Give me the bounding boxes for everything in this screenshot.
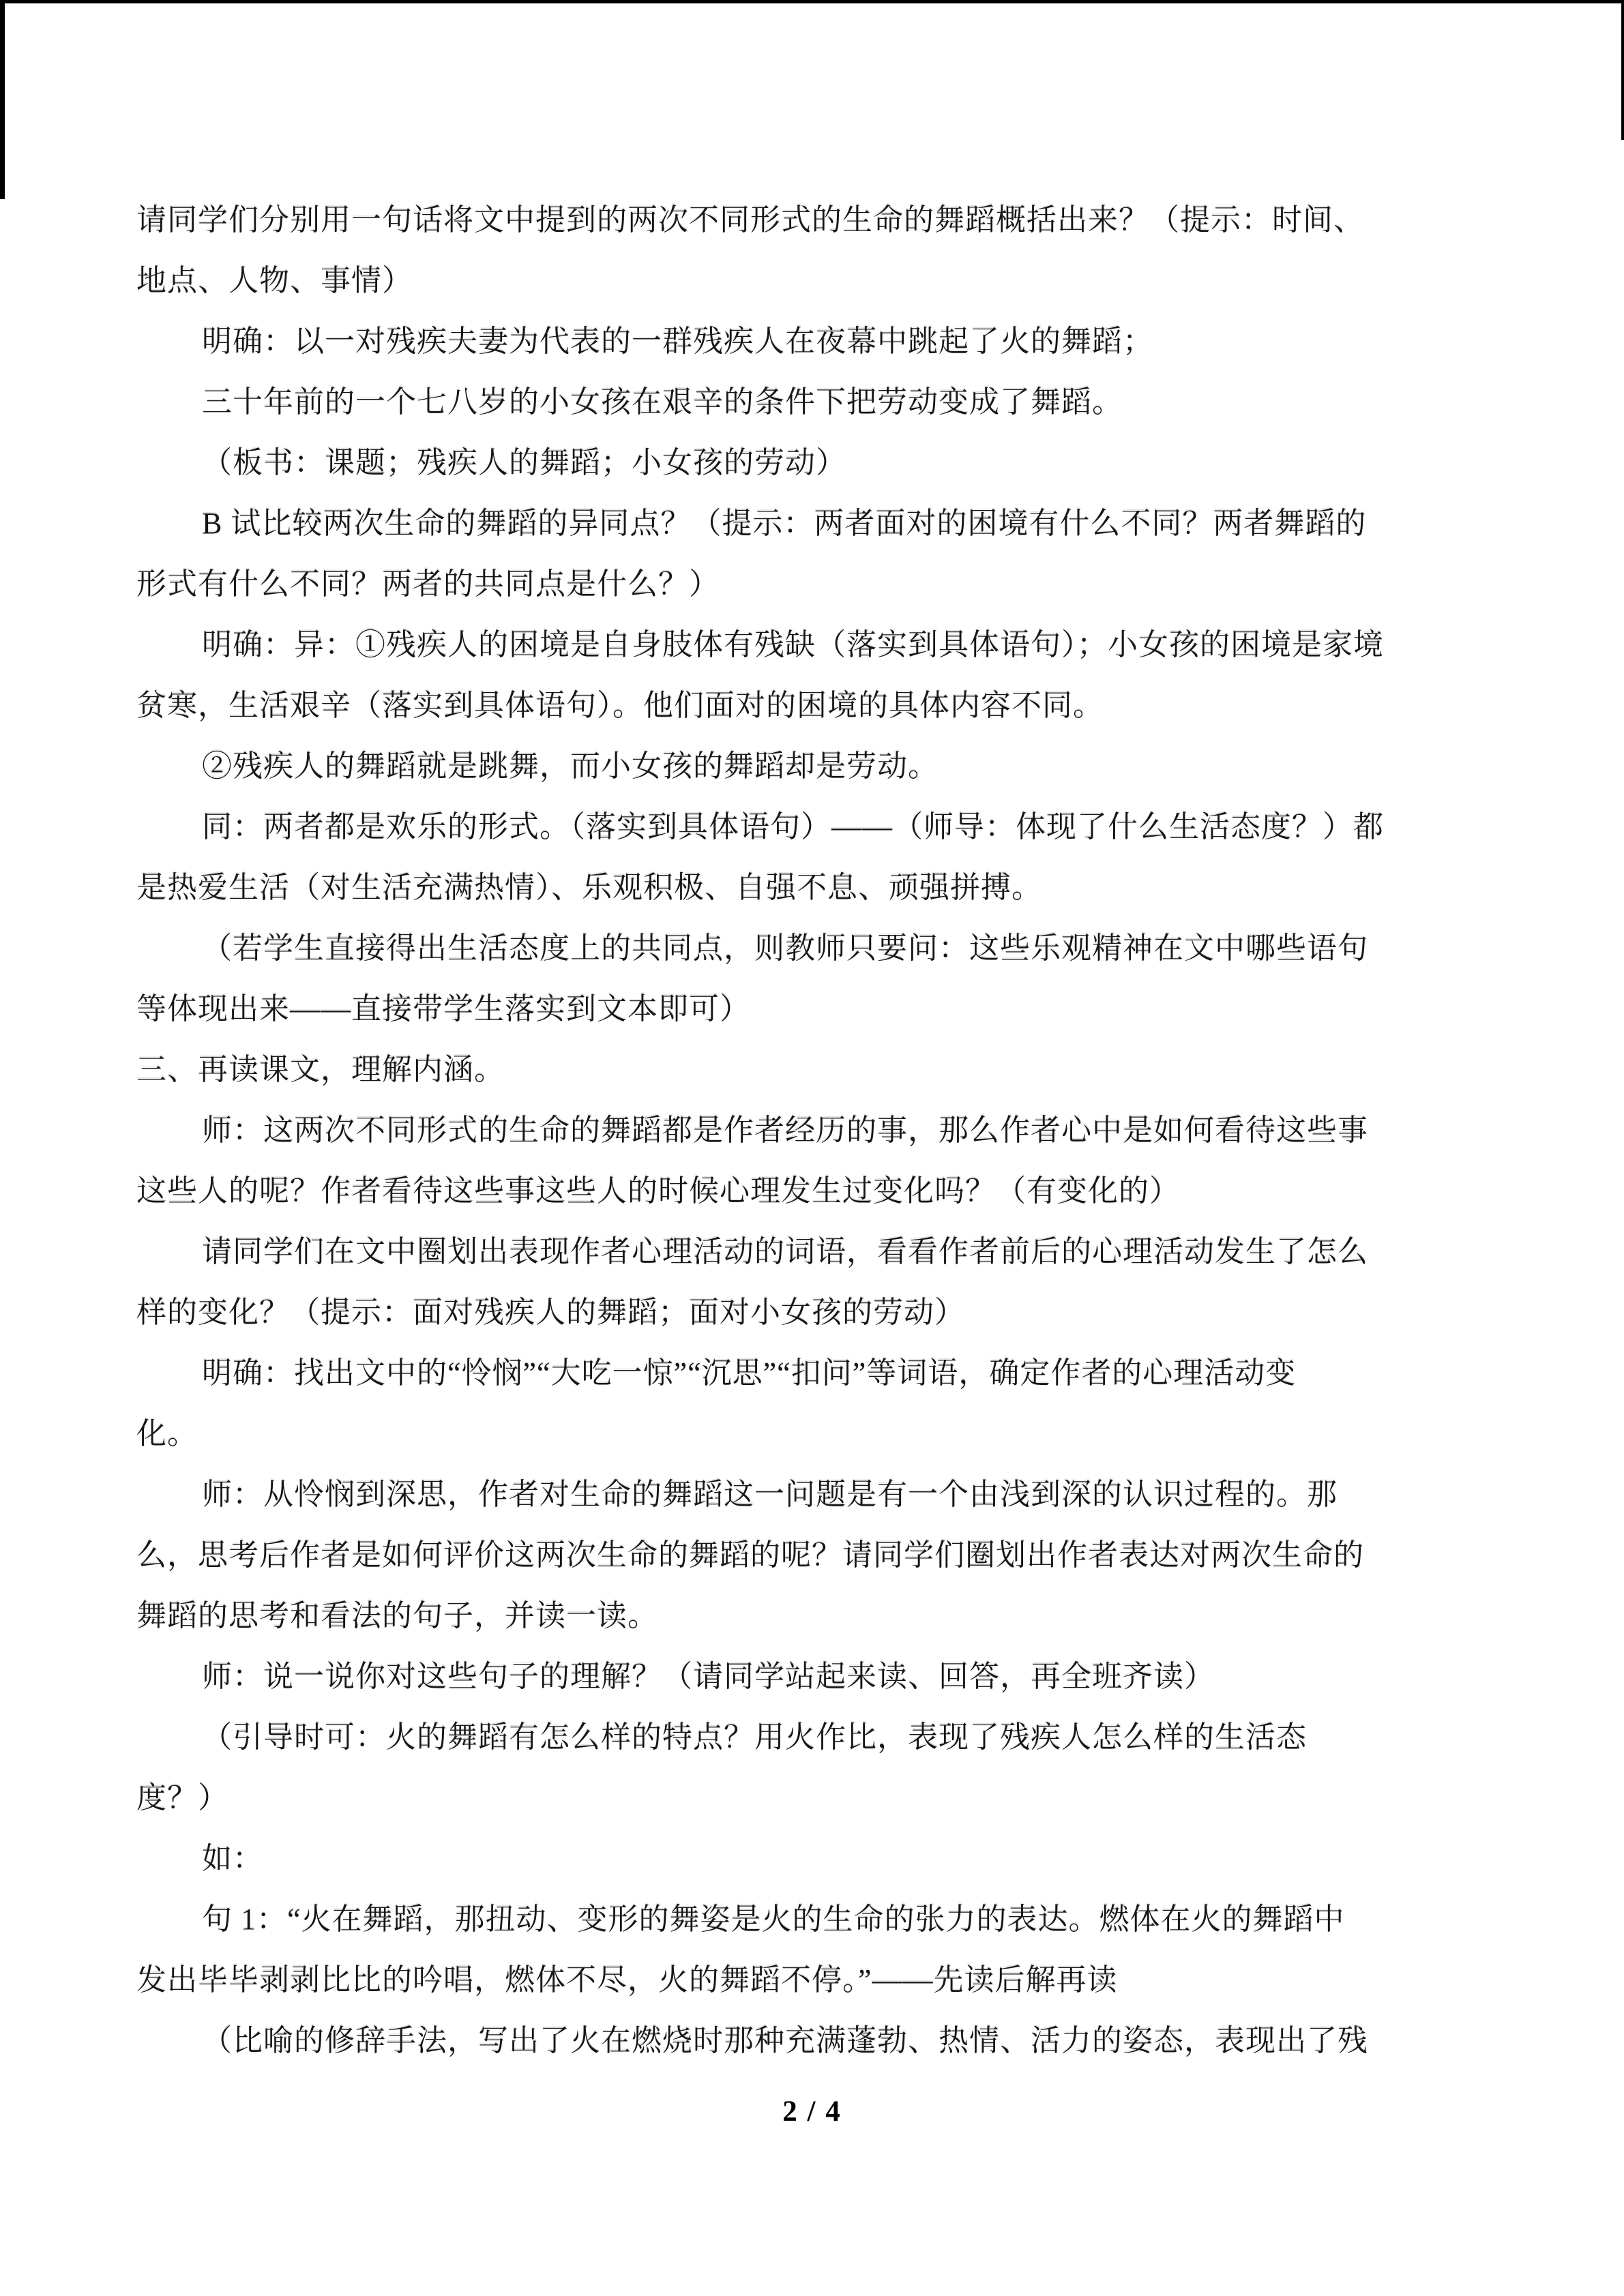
text-line: 三十年前的一个七八岁的小女孩在艰辛的条件下把劳动变成了舞蹈。 bbox=[136, 372, 1494, 432]
text-line: 明确：异：①残疾人的困境是自身肢体有残缺（落实到具体语句）；小女孩的困境是家境 bbox=[136, 614, 1494, 675]
text-line: 形式有什么不同？两者的共同点是什么？） bbox=[136, 554, 1494, 614]
document-page-body: 请同学们分别用一句话将文中提到的两次不同形式的生命的舞蹈概括出来？（提示：时间、… bbox=[136, 190, 1494, 2071]
text-line: 样的变化？（提示：面对残疾人的舞蹈；面对小女孩的劳动） bbox=[136, 1282, 1494, 1343]
text-line: 同：两者都是欢乐的形式。（落实到具体语句）——（师导：体现了什么生活态度？）都 bbox=[136, 796, 1494, 857]
page-number: 2 / 4 bbox=[0, 2095, 1624, 2129]
text-line: 师：说一说你对这些句子的理解？（请同学站起来读、回答，再全班齐读） bbox=[136, 1646, 1494, 1707]
scan-edge-top bbox=[0, 0, 1624, 3]
text-line: 明确：找出文中的“怜悯”“大吃一惊”“沉思”“扣问”等词语，确定作者的心理活动变 bbox=[136, 1343, 1494, 1403]
text-line: （引导时可：火的舞蹈有怎么样的特点？用火作比，表现了残疾人怎么样的生活态 bbox=[136, 1707, 1494, 1768]
text-line: 明确：以一对残疾夫妻为代表的一群残疾人在夜幕中跳起了火的舞蹈； bbox=[136, 311, 1494, 372]
text-line: 请同学们分别用一句话将文中提到的两次不同形式的生命的舞蹈概括出来？（提示：时间、 bbox=[136, 190, 1494, 250]
text-line: （板书：课题；残疾人的舞蹈；小女孩的劳动） bbox=[136, 432, 1494, 493]
text-line: 三、再读课文，理解内涵。 bbox=[136, 1039, 1494, 1100]
text-line: 是热爱生活（对生活充满热情）、乐观积极、自强不息、顽强拼搏。 bbox=[136, 857, 1494, 918]
text-line: 句 1：“火在舞蹈，那扭动、变形的舞姿是火的生命的张力的表达。燃体在火的舞蹈中 bbox=[136, 1889, 1494, 1950]
text-line: 贫寒，生活艰辛（落实到具体语句）。他们面对的困境的具体内容不同。 bbox=[136, 675, 1494, 736]
text-line: 请同学们在文中圈划出表现作者心理活动的词语，看看作者前后的心理活动发生了怎么 bbox=[136, 1221, 1494, 1282]
text-line: 等体现出来——直接带学生落实到文本即可） bbox=[136, 979, 1494, 1039]
text-line: 发出毕毕剥剥比比的吟唱，燃体不尽，火的舞蹈不停。”——先读后解再读 bbox=[136, 1950, 1494, 2010]
text-line: 这些人的呢？作者看待这些事这些人的时候心理发生过变化吗？（有变化的） bbox=[136, 1161, 1494, 1221]
text-line: 地点、人物、事情） bbox=[136, 250, 1494, 311]
text-line: 么，思考后作者是如何评价这两次生命的舞蹈的呢？请同学们圈划出作者表达对两次生命的 bbox=[136, 1525, 1494, 1585]
text-line: 化。 bbox=[136, 1403, 1494, 1464]
text-line: 舞蹈的思考和看法的句子，并读一读。 bbox=[136, 1585, 1494, 1646]
text-line: 师：这两次不同形式的生命的舞蹈都是作者经历的事，那么作者心中是如何看待这些事 bbox=[136, 1100, 1494, 1161]
scan-edge-left bbox=[0, 0, 5, 199]
scan-edge-right bbox=[1621, 0, 1624, 140]
text-line: （若学生直接得出生活态度上的共同点，则教师只要问：这些乐观精神在文中哪些语句 bbox=[136, 918, 1494, 979]
text-line: 如： bbox=[136, 1828, 1494, 1889]
text-line: 度？） bbox=[136, 1768, 1494, 1828]
text-line: ②残疾人的舞蹈就是跳舞，而小女孩的舞蹈却是劳动。 bbox=[136, 736, 1494, 796]
text-line: B 试比较两次生命的舞蹈的异同点？（提示：两者面对的困境有什么不同？两者舞蹈的 bbox=[136, 493, 1494, 554]
text-line: 师：从怜悯到深思，作者对生命的舞蹈这一问题是有一个由浅到深的认识过程的。那 bbox=[136, 1464, 1494, 1525]
text-line: （比喻的修辞手法，写出了火在燃烧时那种充满蓬勃、热情、活力的姿态，表现出了残 bbox=[136, 2010, 1494, 2071]
